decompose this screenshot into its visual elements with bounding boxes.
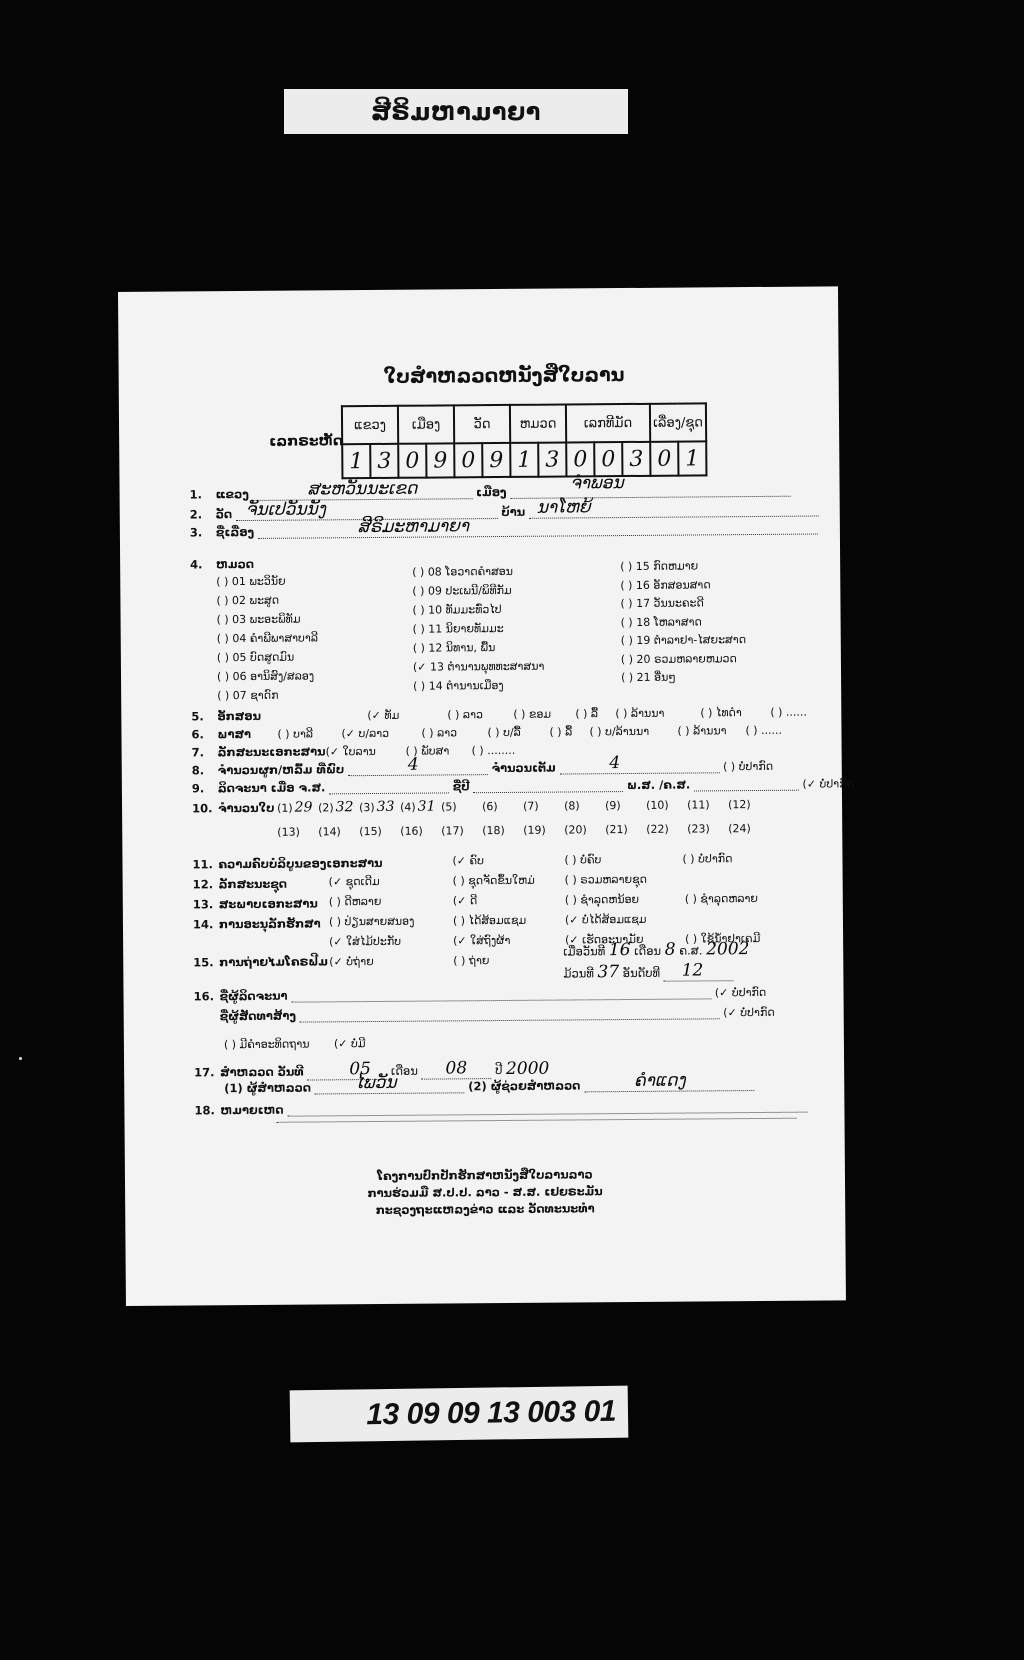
option-checkbox[interactable]: ( ) ......: [770, 705, 820, 718]
microfilm-year: 2002: [706, 939, 749, 959]
item-12: 12.ລັກສະນະຊຸດ: [193, 877, 287, 892]
category-option[interactable]: ( ) 10 ທັມມະທົ່ວໄປ: [412, 603, 544, 623]
leaf-count-cell: (9): [605, 797, 646, 813]
option-checkbox[interactable]: (✓ ດີ: [453, 894, 565, 908]
registry-digit: 9: [426, 443, 454, 477]
option-checkbox[interactable]: ( ) ໄດ້ສ້ອມແຊມ: [453, 914, 565, 928]
option-checkbox[interactable]: (✓ ບ/ລາວ: [341, 727, 421, 741]
category-option[interactable]: ( ) 09 ປະເພນີ/ພິທີກັມ: [412, 584, 544, 604]
item-11-options: (✓ ຄົບ( ) ບໍ່ຄົບ( ) ບໍ່ປາກົດ: [452, 847, 772, 869]
option-checkbox[interactable]: (✓ ບໍ່ມີ: [334, 1037, 394, 1050]
title-label: ສີຣິມຫາມາຍາ: [284, 89, 628, 134]
registry-digit: 0: [594, 442, 622, 476]
item-2: 2.ວັດ ຈັນເປວັນນັງ ບ້ານ ນາໂຫຍ້: [190, 503, 819, 522]
form-title: ໃບສຳຫລວດຫນັງສືໃບລານ: [384, 364, 625, 388]
leaf-count-cell: (8): [564, 797, 605, 813]
item-8-not-shown-checkbox[interactable]: ( ) ບໍ່ປາກົດ: [723, 760, 773, 773]
temple-value: ຈັນເປວັນນັງ: [246, 499, 326, 520]
registry-header: ເມືອງ: [398, 405, 454, 443]
item-6: 6.ພາສາ( ) ບາລີ(✓ ບ/ລາວ( ) ລາວ( ) ບ/ລື້( …: [191, 723, 795, 742]
item-3: 3.ຊື່ເລື່ອງ ສີຣິມະຫາມາຍາ: [190, 521, 818, 540]
item-9-not-shown-checkbox[interactable]: (✓ ບໍ່ປາກົດ: [802, 777, 854, 790]
item-16-sponsor: ຊື່ຜູ້ສັດທາສ້າງ (✓ ບໍ່ປາກົດ: [220, 1005, 775, 1023]
item-8: 8.ຈຳນວນຜູກ/ຫລົ້ມ ທີ່ພົບ 4 ຈຳນວນເຕັມ 4 ( …: [192, 759, 773, 778]
category-option[interactable]: ( ) 17 ວັນນະຄະດີ: [620, 596, 745, 615]
registry-digit: 1: [342, 444, 370, 478]
option-checkbox[interactable]: ( ) ລ້ານນາ: [615, 706, 700, 720]
item-13: 13.ສະພາບເອກະສານ: [193, 896, 318, 911]
option-checkbox[interactable]: ( ) ຖ່າຍ: [453, 954, 565, 968]
leaf-count-cell: (15): [359, 825, 400, 838]
item-17-people: (1) ຜູ້ສຳຫລວດ ໄພວັນ (2) ຜູ້ຊ່ວຍສຳຫລວດ ຄຳ…: [224, 1077, 754, 1095]
option-checkbox[interactable]: ( ) ລື້: [549, 725, 589, 738]
option-checkbox[interactable]: ( ) ......: [745, 724, 795, 737]
leaf-count-cell: (10): [646, 797, 687, 813]
leaf-count-cell: (16): [400, 824, 441, 837]
leaf-count-value: 32: [336, 799, 354, 815]
option-checkbox[interactable]: ( ) ບໍ່ປາກົດ: [682, 852, 772, 866]
registry-digit: 0: [566, 442, 594, 476]
item-14: 14.ການອະນຸລັກຮັກສາ: [193, 916, 321, 931]
category-column-1: ( ) 01 ພະວິນັຍ( ) 02 ພະສູດ( ) 03 ພະອະພິທ…: [216, 574, 318, 708]
option-checkbox[interactable]: (✓ ໃສ່ໄມ້ປະກັບ: [329, 934, 453, 948]
province-value: ສະຫວັນນະເຂດ: [307, 479, 417, 500]
leaf-count-cell: (7): [523, 798, 564, 814]
category-option[interactable]: ( ) 05 ບົດສູດມົນ: [217, 650, 318, 670]
category-option[interactable]: ( ) 12 ນິທານ, ພື້ນ: [413, 641, 545, 661]
category-option[interactable]: ( ) 02 ພະສູດ: [216, 593, 317, 613]
option-checkbox[interactable]: ( ) ລ້ານນາ: [677, 724, 745, 738]
option-checkbox[interactable]: (✓ ບໍ່ຖ່າຍ: [329, 954, 453, 968]
registry-header: ແຂວງ: [342, 406, 398, 444]
category-option[interactable]: ( ) 01 ພະວິນັຍ: [216, 574, 317, 594]
registry-label: ເລກຣະຫັດ: [269, 433, 343, 450]
option-checkbox[interactable]: ( ) ........: [472, 744, 532, 757]
item-16-sub-options: ( ) ມີຄຳອະທິດຖານ(✓ ບໍ່ມີ: [224, 1032, 394, 1052]
registry-digit: 9: [482, 443, 510, 477]
option-checkbox[interactable]: ( ) ລາວ: [421, 726, 487, 740]
category-option[interactable]: ( ) 03 ພະອະພິທັມ: [217, 612, 318, 632]
microfilm-day: 16: [609, 940, 631, 960]
sponsor-not-shown-checkbox[interactable]: (✓ ບໍ່ປາກົດ: [723, 1006, 775, 1019]
leaf-count-cell: (13): [277, 825, 318, 838]
category-option[interactable]: ( ) 14 ຕຳນານເມືອງ: [413, 679, 545, 699]
village-value: ນາໂຫຍ້: [537, 497, 591, 517]
registry-digit: 0: [398, 444, 426, 478]
registry-digit: 0: [650, 442, 678, 476]
option-checkbox[interactable]: ( ) ບາລີ: [277, 727, 341, 741]
survey-form-sheet: ໃບສຳຫລວດຫນັງສືໃບລານ ເລກຣະຫັດ ແຂວງເມືອງວັ…: [118, 286, 846, 1306]
registry-header: ເລື່ອງ/ຊຸດ: [650, 403, 706, 441]
leaf-count-cell: (19): [523, 824, 564, 837]
registry-digit: 1: [510, 443, 538, 477]
category-option[interactable]: ( ) 08 ໂອວາດຄຳສອນ: [412, 565, 544, 585]
registry-header: ເລກທີມັດ: [566, 404, 650, 443]
category-option[interactable]: (✓ 13 ຕຳນານພຸທທະສາສນາ: [413, 660, 545, 680]
option-checkbox[interactable]: ( ) ຂອມ: [513, 707, 575, 720]
leaf-count-cell: (2)32: [318, 799, 359, 815]
option-checkbox[interactable]: ( ) ຊຳລຸດຫນ້ອຍ: [565, 893, 685, 907]
survey-month: 08: [445, 1058, 467, 1078]
dust-speck: [19, 1057, 22, 1060]
leaf-count-cell: (5): [441, 798, 482, 814]
option-checkbox[interactable]: ( ) ດີຫລາຍ: [329, 894, 453, 908]
option-checkbox[interactable]: (✓ ບໍ່ໄດ້ສ້ອມແຊມ: [565, 912, 695, 926]
item-15: 15.ການຖ່າຍໄມໂຄຣຟີມ: [193, 954, 328, 969]
option-checkbox[interactable]: ( ) ລາວ: [447, 708, 513, 722]
registry-digit: 1: [678, 441, 706, 475]
title-value: ສີຣິມະຫາມາຍາ: [358, 516, 469, 537]
registry-digit: 3: [622, 442, 650, 476]
frame-number: 12: [682, 960, 704, 980]
item-4-heading: 4.ຫມວດ: [190, 557, 254, 572]
leaf-count-cell: (22): [646, 823, 687, 836]
option-checkbox[interactable]: ( ) ປ່ຽນສາຍສນອງ: [329, 914, 453, 928]
item-14-options: ( ) ປ່ຽນສາຍສນອງ( ) ໄດ້ສ້ອມແຊມ(✓ ບໍ່ໄດ້ສ້…: [329, 907, 695, 929]
microfilm-month: 8: [665, 940, 676, 960]
option-checkbox[interactable]: (✓ ໃບລານ: [326, 745, 406, 759]
manuscript-title: ສີຣິມຫາມາຍາ: [371, 98, 541, 126]
category-option[interactable]: ( ) 21 ອື່ນໆ: [621, 670, 746, 689]
registry-number-label: 13 09 09 13 003 01: [290, 1386, 629, 1443]
registry-digit: 3: [370, 444, 398, 478]
item-13-options: ( ) ດີຫລາຍ(✓ ດີ( ) ຊຳລຸດຫນ້ອຍ( ) ຊຳລຸດຫລ…: [329, 887, 785, 910]
category-option[interactable]: ( ) 06 ອານິສົງ/ສລອງ: [217, 669, 318, 689]
option-checkbox[interactable]: (✓ ຊຸດເດີມ: [329, 874, 453, 888]
registry-header: ວັດ: [454, 405, 510, 443]
item-11: 11.ຄວາມຄົບບໍລິບູນຂອງເອກະສານ: [192, 856, 382, 871]
leaf-count-cell: (14): [318, 825, 359, 838]
category-option[interactable]: ( ) 15 ກົດຫມາຍ: [620, 559, 745, 578]
leaf-count-cell: (23): [687, 822, 728, 835]
registry-table: ແຂວງເມືອງວັດຫມວດເລກທີມັດເລື່ອງ/ຊຸດ 13090…: [341, 402, 708, 479]
option-checkbox[interactable]: (✓ ໃສ່ຖົງຜ້າ: [453, 934, 565, 948]
microfilm-date: ເມື່ອວັນທີ 16 ເດືອນ 8 ຄ.ສ. 2002: [563, 939, 749, 960]
category-option[interactable]: ( ) 18 ໂຫລາສາດ: [621, 615, 746, 634]
item-7: 7.ລັກສະນະເອກະສານ(✓ ໃບລານ( ) ພັບສາ( ) ...…: [192, 743, 532, 760]
category-column-3: ( ) 15 ກົດຫມາຍ( ) 16 ອັກສອນສາດ( ) 17 ວັນ…: [620, 559, 746, 689]
project-footer: ໂຄງການປົກປັກຮັກສາຫນັງສືໃບລານລາວ ການຮ່ວມມ…: [125, 1164, 845, 1221]
option-checkbox[interactable]: ( ) ຣວມຫລາຍຊຸດ: [565, 873, 685, 887]
leaf-count-row-1: (1)29(2)32(3)33(4)31(5)(6)(7)(8)(9)(10)(…: [277, 793, 769, 816]
option-checkbox[interactable]: (✓ ຄົບ: [452, 854, 564, 868]
option-checkbox[interactable]: ( ) ມີຄຳອະທິດຖານ: [224, 1037, 334, 1051]
leaf-count-cell: (12): [728, 796, 769, 812]
item-15-options: (✓ ບໍ່ຖ່າຍ( ) ຖ່າຍ: [329, 949, 565, 970]
item-12-options: (✓ ຊຸດເດີມ( ) ຊຸດຈັດຂຶ້ນໃຫມ່( ) ຣວມຫລາຍຊ…: [329, 868, 685, 890]
option-checkbox[interactable]: ( ) ບໍ່ຄົບ: [564, 853, 682, 867]
option-checkbox[interactable]: ( ) ຊຸດຈັດຂຶ້ນໃຫມ່: [453, 874, 565, 888]
assistant-name: ຄຳແດງ: [634, 1071, 686, 1091]
category-option[interactable]: ( ) 04 ຄຳພີພາສາບາລີ: [217, 631, 318, 651]
leaf-count-cell: (17): [441, 824, 482, 837]
microfilm-roll: ມ້ວນທີ 37 ອັນດັບທີ 12: [563, 961, 733, 982]
leaf-count-cell: (1)29: [277, 799, 318, 815]
category-option[interactable]: ( ) 11 ນິຍາຍທັມມະ: [413, 622, 545, 642]
leaf-count-value: 31: [418, 799, 436, 815]
leaf-count-cell: (20): [564, 823, 605, 836]
option-checkbox[interactable]: ( ) ບ/ລ້ານນາ: [589, 725, 677, 739]
category-option[interactable]: ( ) 19 ຕຳລາຢາ-ໄສຍະສາດ: [621, 633, 746, 652]
registry-digit: 3: [538, 442, 566, 476]
option-checkbox[interactable]: (✓ ທັມ: [367, 708, 447, 722]
leaf-count-cell: (24): [728, 822, 769, 835]
registry-digit: 0: [454, 443, 482, 477]
district-value: ຈຳພອນ: [570, 473, 624, 493]
option-checkbox[interactable]: ( ) ໄທດຳ: [700, 706, 770, 720]
registry-number: 13 09 09 13 003 01: [366, 1395, 616, 1432]
registry-header: ຫມວດ: [510, 404, 566, 442]
category-option[interactable]: ( ) 16 ອັກສອນສາດ: [620, 578, 745, 597]
option-checkbox[interactable]: ( ) ບ/ລື້: [487, 726, 549, 739]
leaf-count-cell: (11): [687, 796, 728, 812]
option-checkbox[interactable]: ( ) ລື້: [575, 707, 615, 720]
category-option[interactable]: ( ) 20 ຣວມຫລາຍຫມວດ: [621, 652, 746, 671]
item-1: 1.ແຂວງ ສະຫວັນນະເຂດ ເມືອງ ຈຳພອນ: [190, 483, 791, 502]
leaf-count-cell: (4)31: [400, 798, 441, 814]
surveyor-name: ໄພວັນ: [354, 1073, 396, 1093]
item-10: 10.ຈຳນວນໃບ: [192, 801, 274, 816]
leaf-count-cell: (21): [605, 823, 646, 836]
leaf-count-value: 29: [295, 799, 313, 815]
leaf-count-cell: (6): [482, 798, 523, 814]
leaf-count-cell: (3)33: [359, 799, 400, 815]
category-option[interactable]: ( ) 07 ຊາດົກ: [217, 688, 318, 708]
bundles-found-value: 4: [408, 755, 419, 775]
leaf-count-row-2: (13)(14)(15)(16)(17)(18)(19)(20)(21)(22)…: [277, 817, 769, 840]
category-column-2: ( ) 08 ໂອວາດຄຳສອນ( ) 09 ປະເພນີ/ພິທີກັມ( …: [412, 565, 544, 699]
leaf-count-value: 33: [377, 799, 395, 815]
survey-year: 2000: [506, 1059, 549, 1079]
item-16: 16.ຊື່ຜູ້ລິດຈະນາ (✓ ບໍ່ປາກົດ: [193, 985, 766, 1003]
leaf-count-cell: (18): [482, 824, 523, 837]
author-not-shown-checkbox[interactable]: (✓ ບໍ່ປາກົດ: [715, 986, 767, 999]
roll-number: 37: [597, 962, 619, 982]
bundles-total-value: 4: [609, 753, 620, 773]
option-checkbox[interactable]: ( ) ຊຳລຸດຫລາຍ: [685, 892, 785, 906]
